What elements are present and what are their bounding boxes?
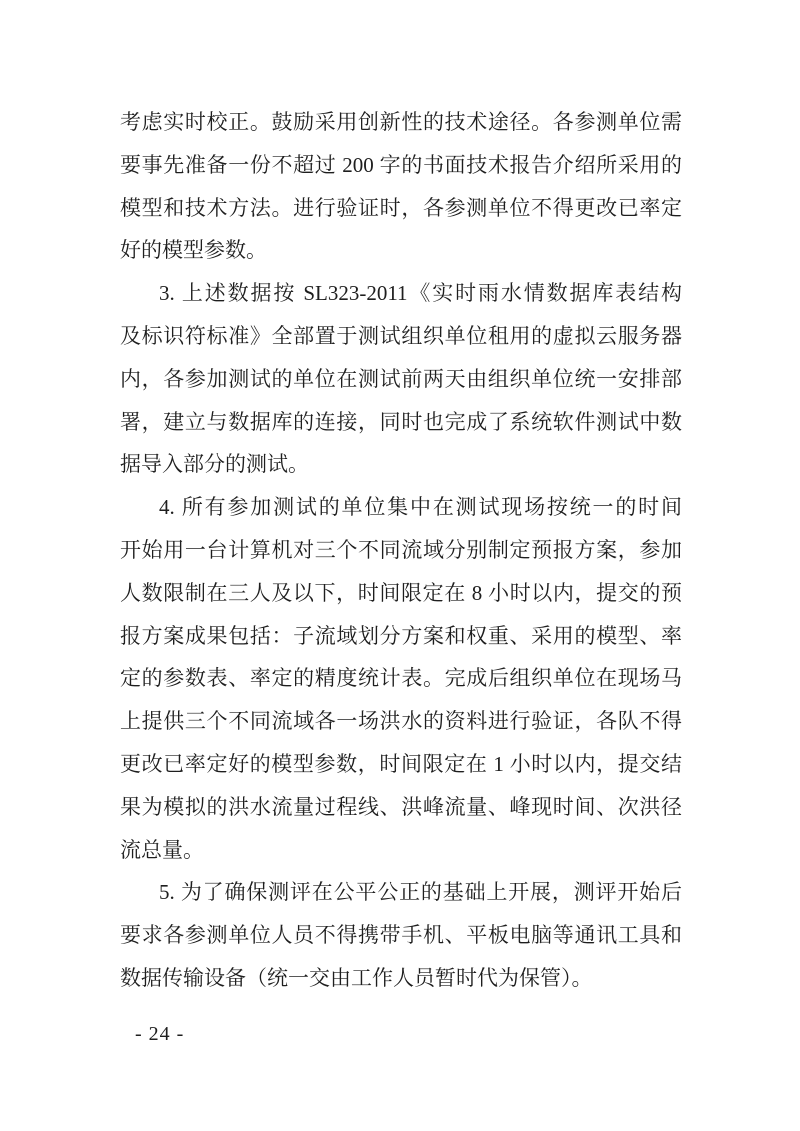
text-line: 数据传输设备（统一交由工作人员暂时代为保管）。 [120, 957, 682, 1000]
text-line: 更改已率定好的模型参数，时间限定在 1 小时以内，提交结 [120, 743, 682, 786]
text-line: 考虑实时校正。鼓励采用创新性的技术途径。各参测单位需 [120, 101, 682, 144]
text-line: 及标识符标准》全部置于测试组织单位租用的虚拟云服务器 [120, 315, 682, 358]
text-line: 3. 上述数据按 SL323-2011《实时雨水情数据库表结构 [120, 272, 682, 315]
text-line: 据导入部分的测试。 [120, 443, 682, 486]
text-line: 要求各参测单位人员不得携带手机、平板电脑等通讯工具和 [120, 914, 682, 957]
paragraph: 5. 为了确保测评在公平公正的基础上开展，测评开始后要求各参测单位人员不得携带手… [120, 871, 682, 999]
document-page: 考虑实时校正。鼓励采用创新性的技术途径。各参测单位需要事先准备一份不超过 200… [0, 0, 800, 1131]
text-line: 上提供三个不同流域各一场洪水的资料进行验证，各队不得 [120, 700, 682, 743]
text-line: 流总量。 [120, 829, 682, 872]
paragraph: 考虑实时校正。鼓励采用创新性的技术途径。各参测单位需要事先准备一份不超过 200… [120, 101, 682, 272]
text-line: 4. 所有参加测试的单位集中在测试现场按统一的时间 [120, 486, 682, 529]
text-line: 好的模型参数。 [120, 229, 682, 272]
text-line: 开始用一台计算机对三个不同流域分别制定预报方案，参加 [120, 529, 682, 572]
text-line: 报方案成果包括：子流域划分方案和权重、采用的模型、率 [120, 615, 682, 658]
text-line: 署，建立与数据库的连接，同时也完成了系统软件测试中数 [120, 401, 682, 444]
text-line: 要事先准备一份不超过 200 字的书面技术报告介绍所采用的 [120, 144, 682, 187]
text-line: 5. 为了确保测评在公平公正的基础上开展，测评开始后 [120, 871, 682, 914]
paragraph: 4. 所有参加测试的单位集中在测试现场按统一的时间开始用一台计算机对三个不同流域… [120, 486, 682, 871]
text-line: 人数限制在三人及以下，时间限定在 8 小时以内，提交的预 [120, 572, 682, 615]
text-line: 模型和技术方法。进行验证时，各参测单位不得更改已率定 [120, 187, 682, 230]
page-number: - 24 - [135, 1021, 184, 1047]
text-line: 果为模拟的洪水流量过程线、洪峰流量、峰现时间、次洪径 [120, 786, 682, 829]
text-line: 内，各参加测试的单位在测试前两天由组织单位统一安排部 [120, 358, 682, 401]
text-line: 定的参数表、率定的精度统计表。完成后组织单位在现场马 [120, 657, 682, 700]
document-body: 考虑实时校正。鼓励采用创新性的技术途径。各参测单位需要事先准备一份不超过 200… [120, 101, 682, 1000]
paragraph: 3. 上述数据按 SL323-2011《实时雨水情数据库表结构及标识符标准》全部… [120, 272, 682, 486]
